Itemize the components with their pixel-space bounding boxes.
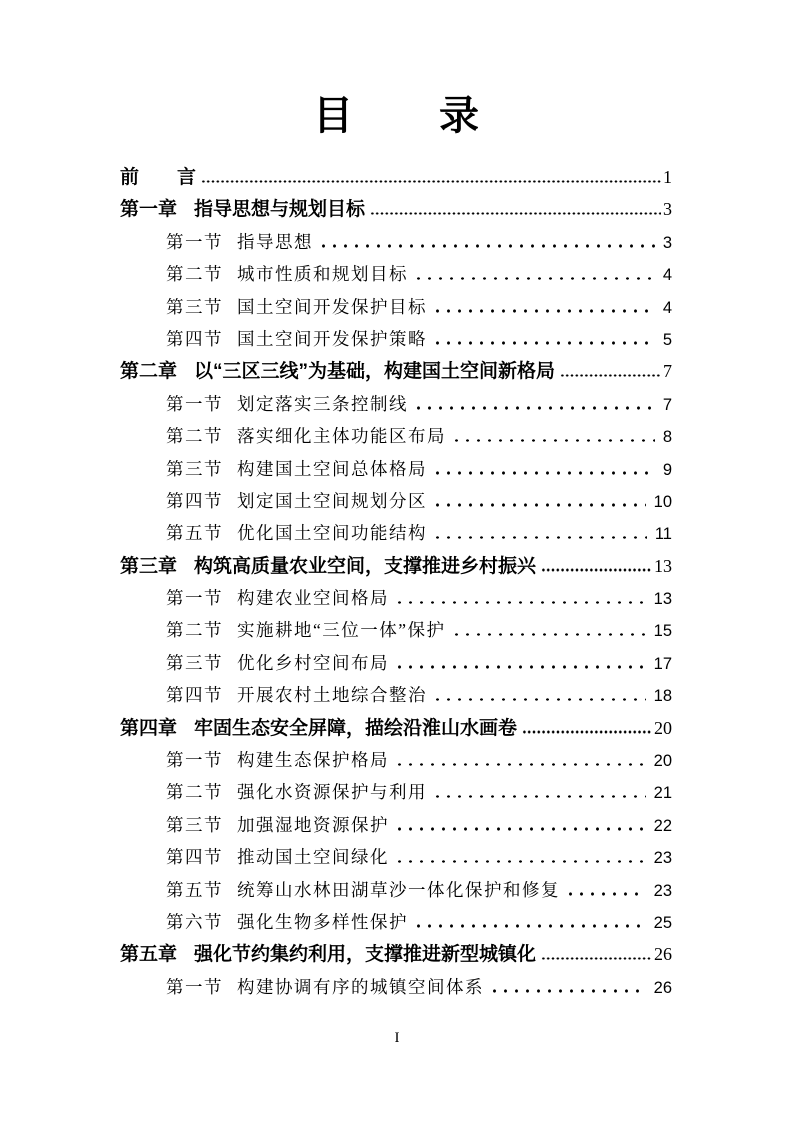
toc-entry-title: 统筹山水林田湖草沙一体化保护和修复: [237, 874, 560, 906]
toc-entry[interactable]: 第二节 实施耕地“三位一体”保护 15: [120, 614, 672, 646]
toc-entry[interactable]: 第四章 牢固生态安全屏障，描绘沿淮山水画卷 20: [120, 712, 672, 744]
toc-entry-page: 13: [654, 550, 672, 582]
toc-entry-number: 第五节: [166, 517, 223, 549]
toc-entry[interactable]: 第一节 构建协调有序的城镇空间体系 26: [120, 971, 672, 1003]
dot-leader: [565, 892, 646, 896]
toc-entry-title: 划定落实三条控制线: [237, 388, 408, 420]
toc-entry-title: 构筑高质量农业空间，支撑推进乡村振兴: [194, 551, 536, 583]
toc-entry-page: 5: [663, 324, 672, 356]
toc-entry-title: 国土空间开发保护策略: [237, 323, 427, 355]
toc-entry-page: 7: [663, 355, 672, 387]
toc-entry-page: 10: [654, 486, 672, 518]
toc-entry-number: 第一节: [166, 744, 223, 776]
dot-leader: [318, 244, 655, 248]
toc-entry-title: 牢固生态安全屏障，描绘沿淮山水画卷: [194, 713, 517, 745]
toc-entry-title: 指导思想与规划目标: [194, 194, 365, 226]
toc-entry-number: 第四节: [166, 679, 223, 711]
dot-leader: [541, 957, 652, 961]
toc-entry[interactable]: 第三节 加强湿地资源保护 22: [120, 809, 672, 841]
toc-entry-page: 8: [663, 421, 672, 453]
toc-entry-title: 强化水资源保护与利用: [237, 776, 427, 808]
toc-entry-title: 指导思想: [237, 226, 313, 258]
toc-entry[interactable]: 前 言 1: [120, 161, 672, 193]
toc-entry-page: 7: [663, 389, 672, 421]
toc-entry-title: 加强湿地资源保护: [237, 809, 389, 841]
toc-entry-page: 15: [654, 615, 672, 647]
toc-entry-page: 26: [654, 972, 672, 1004]
dot-leader: [560, 374, 661, 378]
dot-leader: [413, 406, 655, 410]
toc-entry-page: 22: [654, 810, 672, 842]
toc-entry-number: 第一节: [166, 971, 223, 1003]
toc-entry[interactable]: 第二节 城市性质和规划目标 4: [120, 258, 672, 290]
dot-leader: [394, 860, 646, 864]
toc-entry-title: 强化生物多样性保护: [237, 906, 408, 938]
toc-entry[interactable]: 第五章 强化节约集约利用，支撑推进新型城镇化 26: [120, 938, 672, 970]
toc-entry-number: 第二节: [166, 258, 223, 290]
toc-entry-page: 3: [663, 227, 672, 259]
toc-entry[interactable]: 第五节 优化国土空间功能结构 11: [120, 517, 672, 549]
toc-entry[interactable]: 第二节 落实细化主体功能区布局 8: [120, 420, 672, 452]
toc-entry-number: 第三节: [166, 647, 223, 679]
dot-leader: [522, 730, 652, 734]
toc-entry[interactable]: 第四节 划定国土空间规划分区 10: [120, 485, 672, 517]
toc-entry-number: 第四节: [166, 485, 223, 517]
toc-entry-number: 第二章: [120, 356, 177, 388]
toc-entry[interactable]: 第四节 国土空间开发保护策略 5: [120, 323, 672, 355]
toc-entry-title: 开展农村土地综合整治: [237, 679, 427, 711]
toc-entry[interactable]: 第一节 指导思想 3: [120, 226, 672, 258]
dot-leader: [432, 795, 646, 799]
toc-entry-number: 第二节: [166, 776, 223, 808]
toc-entry[interactable]: 第二节 强化水资源保护与利用 21: [120, 776, 672, 808]
toc-entry-title: 落实细化主体功能区布局: [237, 420, 446, 452]
toc-entry[interactable]: 第一节 划定落实三条控制线 7: [120, 388, 672, 420]
toc-entry-page: 4: [663, 292, 672, 324]
dot-leader: [394, 665, 646, 669]
toc-entry-number: 第三节: [166, 809, 223, 841]
dot-leader: [432, 536, 647, 540]
toc-entry-page: 17: [654, 648, 672, 680]
toc-entry[interactable]: 第五节 统筹山水林田湖草沙一体化保护和修复 23: [120, 874, 672, 906]
dot-leader: [394, 601, 646, 605]
toc-entry[interactable]: 第一节 构建生态保护格局 20: [120, 744, 672, 776]
toc-entry-number: 第一节: [166, 226, 223, 258]
toc-entry-number: 第二节: [166, 420, 223, 452]
toc-entry-page: 11: [655, 518, 672, 550]
dot-leader: [451, 439, 655, 443]
toc-entry-number: 第二节: [166, 614, 223, 646]
toc-entry-title: 以“三区三线”为基础，构建国土空间新格局: [194, 356, 555, 388]
toc-entry[interactable]: 第三节 国土空间开发保护目标 4: [120, 291, 672, 323]
toc-entry-page: 25: [654, 907, 672, 939]
toc-entry[interactable]: 第四节 推动国土空间绿化 23: [120, 841, 672, 873]
dot-leader: [413, 277, 655, 281]
toc-entry-title: 构建生态保护格局: [237, 744, 389, 776]
toc-entry-title: 国土空间开发保护目标: [237, 291, 427, 323]
toc-entry-number: 第四章: [120, 713, 177, 745]
toc-entry-number: 第三节: [166, 291, 223, 323]
toc-entry-number: 第四节: [166, 323, 223, 355]
footer-page-number: I: [0, 1030, 794, 1047]
dot-leader: [451, 633, 646, 637]
toc-entry-number: 前 言: [120, 162, 196, 194]
toc-entry[interactable]: 第三节 构建国土空间总体格局 9: [120, 453, 672, 485]
toc-entry[interactable]: 第一章 指导思想与规划目标 3: [120, 193, 672, 225]
toc-entry-page: 13: [654, 583, 672, 615]
toc-entry[interactable]: 第三章 构筑高质量农业空间，支撑推进乡村振兴 13: [120, 550, 672, 582]
toc-entry[interactable]: 第四节 开展农村土地综合整治 18: [120, 679, 672, 711]
dot-leader: [432, 503, 646, 507]
toc-entry-title: 构建国土空间总体格局: [237, 453, 427, 485]
dot-leader: [413, 924, 646, 928]
toc-entry-page: 23: [654, 875, 672, 907]
dot-leader: [394, 763, 646, 767]
dot-leader: [370, 212, 661, 216]
toc-entry-page: 4: [663, 259, 672, 291]
toc-entry-page: 1: [663, 161, 672, 193]
toc-entry[interactable]: 第二章 以“三区三线”为基础，构建国土空间新格局 7: [120, 355, 672, 387]
toc-entry-number: 第四节: [166, 841, 223, 873]
toc-entry-number: 第五节: [166, 874, 223, 906]
page-title: 目 录: [0, 92, 794, 140]
toc-entry[interactable]: 第三节 优化乡村空间布局 17: [120, 647, 672, 679]
toc-entry-number: 第一章: [120, 194, 177, 226]
toc-entry[interactable]: 第一节 构建农业空间格局 13: [120, 582, 672, 614]
dot-leader: [201, 180, 661, 184]
toc-entry-page: 21: [654, 777, 672, 809]
toc-entry-page: 23: [654, 842, 672, 874]
dot-leader: [394, 827, 646, 831]
toc-entry-page: 18: [654, 680, 672, 712]
toc-entry-title: 划定国土空间规划分区: [237, 485, 427, 517]
toc-entry-title: 构建协调有序的城镇空间体系: [237, 971, 484, 1003]
toc-entry-title: 优化国土空间功能结构: [237, 517, 427, 549]
dot-leader: [432, 341, 655, 345]
toc-entry-title: 强化节约集约利用，支撑推进新型城镇化: [194, 939, 536, 971]
toc-entry-title: 城市性质和规划目标: [237, 258, 408, 290]
dot-leader: [541, 568, 652, 572]
toc-entry-number: 第六节: [166, 906, 223, 938]
toc-entry-title: 构建农业空间格局: [237, 582, 389, 614]
toc-entry-page: 20: [654, 712, 672, 744]
toc-entry-page: 3: [663, 193, 672, 225]
dot-leader: [432, 471, 655, 475]
toc-entry-number: 第三节: [166, 453, 223, 485]
toc-entry-title: 推动国土空间绿化: [237, 841, 389, 873]
toc-entry-page: 26: [654, 938, 672, 970]
dot-leader: [432, 309, 655, 313]
toc-entry[interactable]: 第六节 强化生物多样性保护 25: [120, 906, 672, 938]
toc-entry-title: 优化乡村空间布局: [237, 647, 389, 679]
toc-entry-number: 第五章: [120, 939, 177, 971]
document-page: 目 录 前 言 1 第一章 指导思想与规划目标 3 第一节 指导思想 3 第二节…: [0, 0, 794, 1122]
dot-leader: [432, 698, 646, 702]
dot-leader: [489, 989, 646, 993]
toc-entry-number: 第一节: [166, 388, 223, 420]
toc-entry-title: 实施耕地“三位一体”保护: [237, 614, 446, 646]
toc-entry-page: 20: [654, 745, 672, 777]
toc-entry-page: 9: [663, 454, 672, 486]
toc-list: 前 言 1 第一章 指导思想与规划目标 3 第一节 指导思想 3 第二节 城市性…: [120, 161, 672, 1003]
toc-entry-number: 第一节: [166, 582, 223, 614]
toc-entry-number: 第三章: [120, 551, 177, 583]
